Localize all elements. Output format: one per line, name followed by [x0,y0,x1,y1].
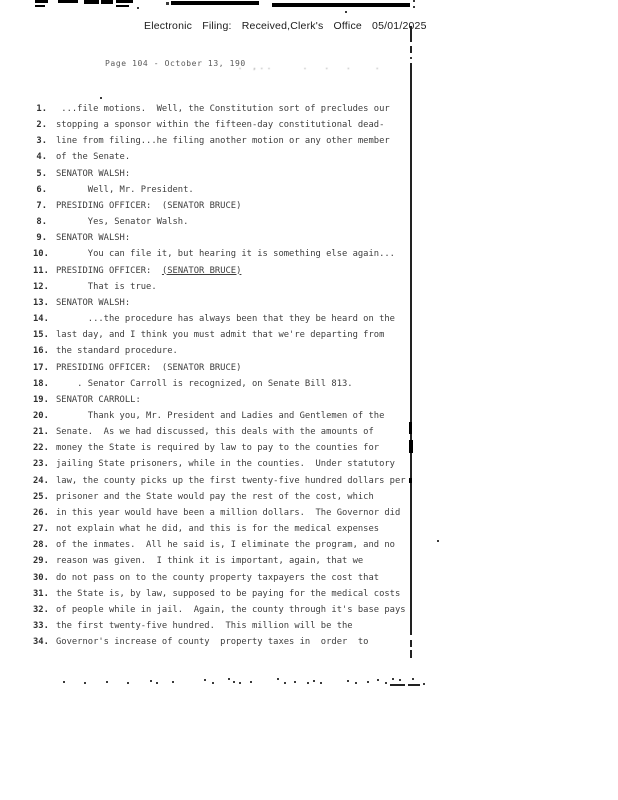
transcript-line: 7.PRESIDING OFFICER: (SENATOR BRUCE) [33,198,413,214]
line-number: 14. [33,311,47,327]
line-number: 21. [33,424,47,440]
line-text: stopping a sponsor within the fifteen-da… [56,117,384,133]
transcript-line: 8. Yes, Senator Walsh. [33,214,413,230]
line-text: ...the procedure has always been that th… [56,311,395,327]
line-number: 10. [33,246,47,262]
page-header-noise: . ,.. . . . . [238,63,382,71]
line-number: 27. [33,521,47,537]
line-number: 5. [33,166,47,182]
line-text: That is true. [56,279,157,295]
line-text: Thank you, Mr. President and Ladies and … [56,408,384,424]
line-number: 26. [33,505,47,521]
line-text: not explain what he did, and this is for… [56,521,379,537]
transcript-line: 34.Governor's increase of county propert… [33,634,413,650]
transcript-line: 21.Senate. As we had discussed, this dea… [33,424,413,440]
line-number: 8. [33,214,47,230]
line-number: 9. [33,230,47,246]
line-text: SENATOR WALSH: [56,295,130,311]
line-number: 30. [33,570,47,586]
line-number: 29. [33,553,47,569]
line-number: 13. [33,295,47,311]
transcript-line: 29.reason was given. I think it is impor… [33,553,413,569]
transcript-line: 20. Thank you, Mr. President and Ladies … [33,408,413,424]
line-text: of the inmates. All he said is, I elimin… [56,537,395,553]
line-text: law, the county picks up the first twent… [56,473,406,489]
line-number: 31. [33,586,47,602]
line-number: 2. [33,117,47,133]
transcript-line: 27.not explain what he did, and this is … [33,521,413,537]
transcript-line: 24.law, the county picks up the first tw… [33,473,413,489]
line-number: 18. [33,376,47,392]
transcript-line: 12. That is true. [33,279,413,295]
line-text: the State is, by law, supposed to be pay… [56,586,400,602]
transcript-line: 15.last day, and I think you must admit … [33,327,413,343]
line-number: 20. [33,408,47,424]
transcript-line: 14. ...the procedure has always been tha… [33,311,413,327]
line-text: money the State is required by law to pa… [56,440,379,456]
transcript-line: 16.the standard procedure. [33,343,413,359]
line-text: of the Senate. [56,149,130,165]
line-number: 32. [33,602,47,618]
line-text: PRESIDING OFFICER: (SENATOR BRUCE) [56,360,241,376]
transcript-line: 25.prisoner and the State would pay the … [33,489,413,505]
line-number: 4. [33,149,47,165]
line-text: jailing State prisoners, while in the co… [56,456,395,472]
transcript-line: 30.do not pass on to the county property… [33,570,413,586]
line-number: 28. [33,537,47,553]
line-text: SENATOR WALSH: [56,230,130,246]
transcript-line: 28.of the inmates. All he said is, I eli… [33,537,413,553]
transcript-line: 6. Well, Mr. President. [33,182,413,198]
scanned-document-page: Electronic Filing: Received,Clerk's Offi… [0,0,618,800]
line-number: 33. [33,618,47,634]
line-text: in this year would have been a million d… [56,505,400,521]
line-text: PRESIDING OFFICER: [56,263,162,279]
line-number: 17. [33,360,47,376]
transcript-lines: 1. ...file motions. Well, the Constituti… [33,101,413,650]
line-number: 22. [33,440,47,456]
electronic-filing-stamp: Electronic Filing: Received,Clerk's Offi… [144,20,474,32]
transcript-line: 2.stopping a sponsor within the fifteen-… [33,117,413,133]
transcript-line: 22.money the State is required by law to… [33,440,413,456]
line-text: Senate. As we had discussed, this deals … [56,424,374,440]
transcript-line: 26.in this year would have been a millio… [33,505,413,521]
line-text: prisoner and the State would pay the res… [56,489,374,505]
transcript-line: 13.SENATOR WALSH: [33,295,413,311]
line-number: 7. [33,198,47,214]
transcript-line: 5.SENATOR WALSH: [33,166,413,182]
transcript-line: 32.of people while in jail. Again, the c… [33,602,413,618]
line-number: 16. [33,343,47,359]
transcript-line: 1. ...file motions. Well, the Constituti… [33,101,413,117]
line-number: 24. [33,473,47,489]
transcript-line: 31.the State is, by law, supposed to be … [33,586,413,602]
line-text: line from filing...he filing another mot… [56,133,390,149]
line-text: ...file motions. Well, the Constitution … [56,101,390,117]
line-text-underlined: (SENATOR BRUCE) [162,263,241,279]
line-text: . Senator Carroll is recognized, on Sena… [56,376,353,392]
transcript-line: 23.jailing State prisoners, while in the… [33,456,413,472]
line-text: You can file it, but hearing it is somet… [56,246,395,262]
line-number: 15. [33,327,47,343]
line-text: PRESIDING OFFICER: (SENATOR BRUCE) [56,198,241,214]
line-number: 19. [33,392,47,408]
line-text: Well, Mr. President. [56,182,194,198]
transcript-line: 11.PRESIDING OFFICER: (SENATOR BRUCE) [33,263,413,279]
line-number: 34. [33,634,47,650]
line-text: last day, and I think you must admit tha… [56,327,384,343]
line-number: 6. [33,182,47,198]
line-text: reason was given. I think it is importan… [56,553,363,569]
transcript-line: 9.SENATOR WALSH: [33,230,413,246]
transcript-line: 17.PRESIDING OFFICER: (SENATOR BRUCE) [33,360,413,376]
line-text: Yes, Senator Walsh. [56,214,188,230]
line-text: of people while in jail. Again, the coun… [56,602,406,618]
line-text: SENATOR WALSH: [56,166,130,182]
line-text: SENATOR CARROLL: [56,392,141,408]
transcript-line: 18. . Senator Carroll is recognized, on … [33,376,413,392]
line-number: 1. [33,101,47,117]
transcript-line: 4.of the Senate. [33,149,413,165]
transcript-line: 10. You can file it, but hearing it is s… [33,246,413,262]
transcript-line: 3.line from filing...he filing another m… [33,133,413,149]
line-number: 23. [33,456,47,472]
transcript-line: 19.SENATOR CARROLL: [33,392,413,408]
line-text: the standard procedure. [56,343,178,359]
line-number: 25. [33,489,47,505]
line-number: 11. [33,263,47,279]
transcript-line: 33.the first twenty-five hundred. This m… [33,618,413,634]
line-text: do not pass on to the county property ta… [56,570,379,586]
line-number: 12. [33,279,47,295]
line-text: Governor's increase of county property t… [56,634,368,650]
line-number: 3. [33,133,47,149]
line-text: the first twenty-five hundred. This mill… [56,618,353,634]
page-number-header: Page 104 - October 13, 190 [105,59,246,68]
